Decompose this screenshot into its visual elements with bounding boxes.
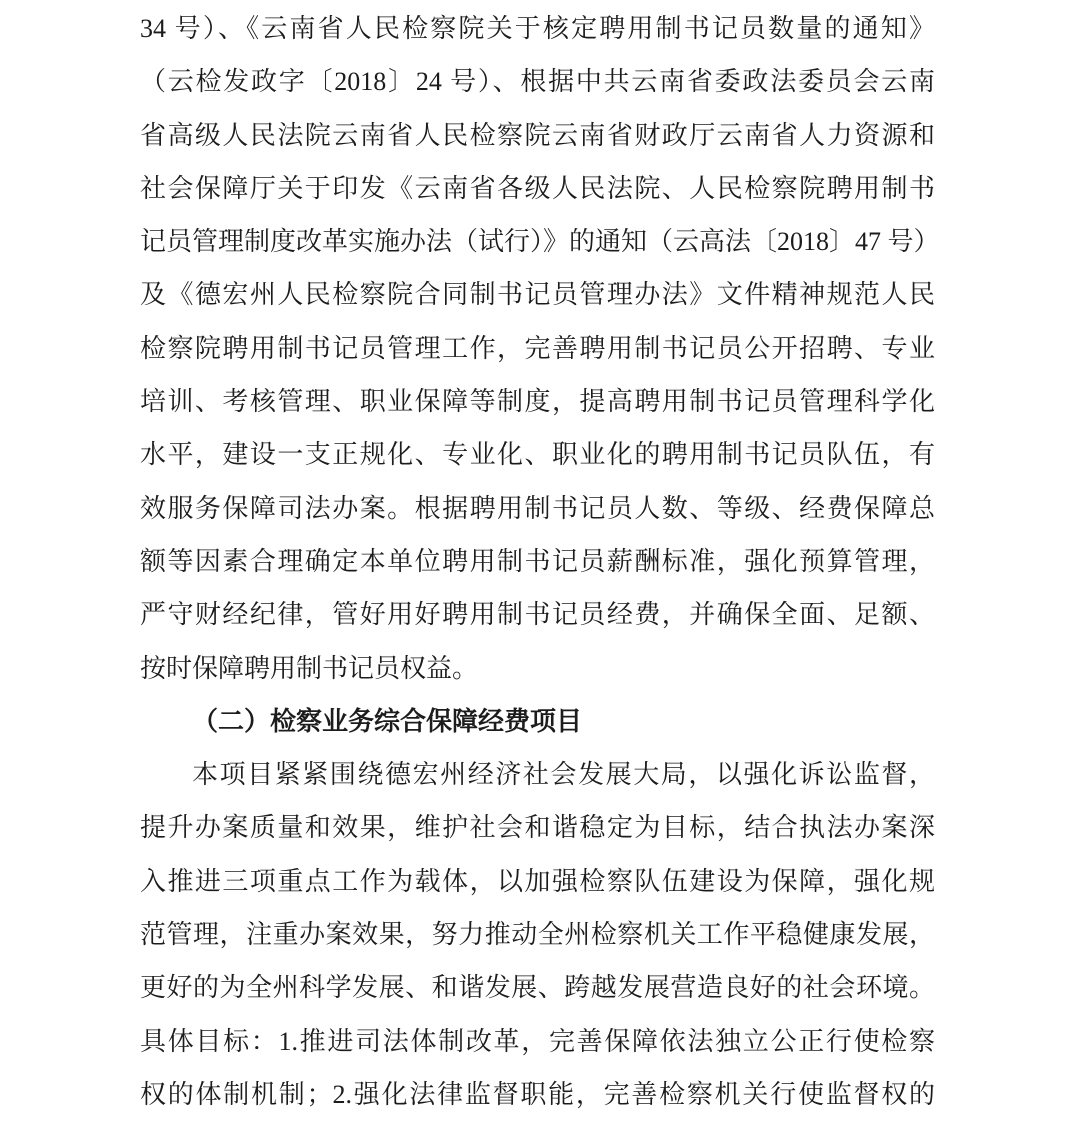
section-heading: （二）检察业务综合保障经费项目: [140, 695, 935, 748]
text-line: 记员管理制度改革实施办法（试行）》的通知（云高法〔2018〕47 号）: [140, 215, 935, 268]
text-line: 及《德宏州人民检察院合同制书记员管理办法》文件精神规范人民: [140, 268, 935, 321]
document-page: 34 号）、《云南省人民检察院关于核定聘用制书记员数量的通知》（云检发政字〔20…: [0, 0, 1074, 1121]
text-line: （云检发政字〔2018〕24 号）、根据中共云南省委政法委员会云南: [140, 55, 935, 108]
text-line: 入推进三项重点工作为载体，以加强检察队伍建设为保障，强化规: [140, 855, 935, 908]
text-line: 按时保障聘用制书记员权益。: [140, 642, 935, 695]
text-line: 检察院聘用制书记员管理工作，完善聘用制书记员公开招聘、专业: [140, 322, 935, 375]
text-line: 社会保障厅关于印发《云南省各级人民法院、人民检察院聘用制书: [140, 162, 935, 215]
text-line: 效服务保障司法办案。根据聘用制书记员人数、等级、经费保障总: [140, 482, 935, 535]
text-line: 提升办案质量和效果，维护社会和谐稳定为目标，结合执法办案深: [140, 801, 935, 854]
text-line: 额等因素合理确定本单位聘用制书记员薪酬标准，强化预算管理，: [140, 535, 935, 588]
text-line: 34 号）、《云南省人民检察院关于核定聘用制书记员数量的通知》: [140, 2, 935, 55]
text-line: 省高级人民法院云南省人民检察院云南省财政厅云南省人力资源和: [140, 109, 935, 162]
text-line: 严守财经纪律，管好用好聘用制书记员经费，并确保全面、足额、: [140, 588, 935, 641]
text-line: 权的体制机制；2.强化法律监督职能，完善检察机关行使监督权的: [140, 1068, 935, 1121]
text-line: 培训、考核管理、职业保障等制度，提高聘用制书记员管理科学化: [140, 375, 935, 428]
text-line: 范管理，注重办案效果，努力推动全州检察机关工作平稳健康发展，: [140, 908, 935, 961]
text-line: 本项目紧紧围绕德宏州经济社会发展大局，以强化诉讼监督，: [140, 748, 935, 801]
text-line: 更好的为全州科学发展、和谐发展、跨越发展营造良好的社会环境。: [140, 961, 935, 1014]
text-line: 水平，建设一支正规化、专业化、职业化的聘用制书记员队伍，有: [140, 428, 935, 481]
text-line: 具体目标：1.推进司法体制改革，完善保障依法独立公正行使检察: [140, 1015, 935, 1068]
